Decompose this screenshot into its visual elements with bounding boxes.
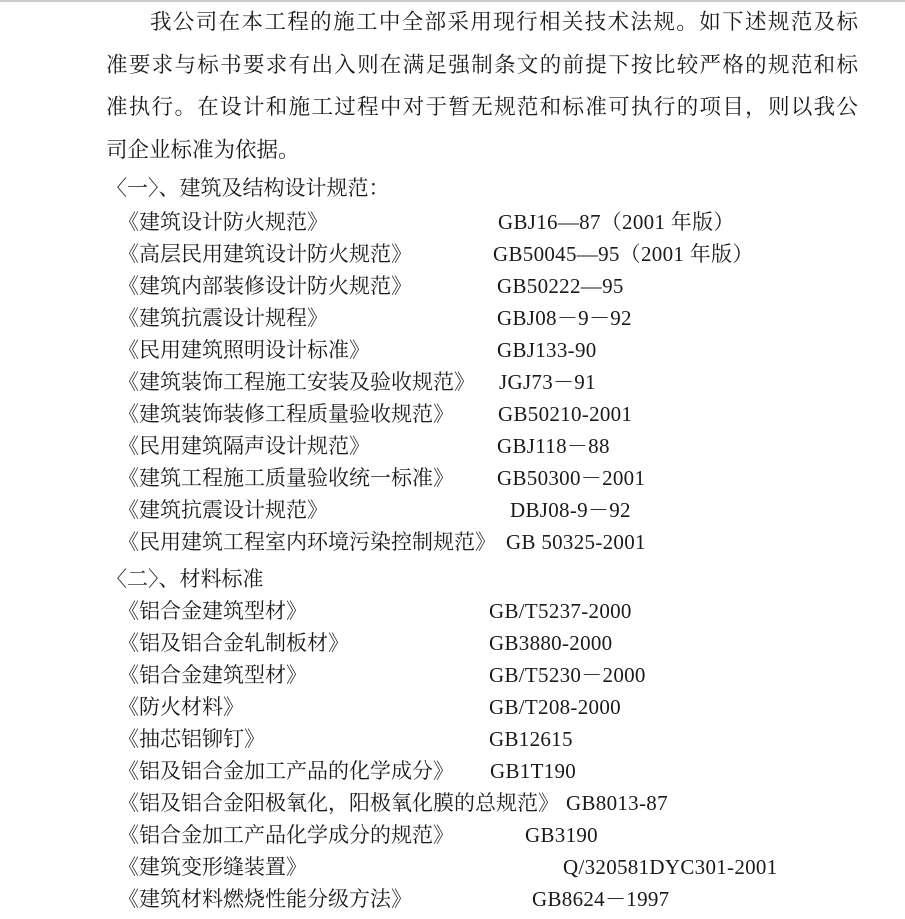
standard-code: GBJ118－88	[497, 430, 610, 462]
standards-rows: 《建筑设计防火规范》GBJ16—87（2001 年版）《高层民用建筑设计防火规范…	[0, 206, 905, 558]
standard-title: 《铝及铝合金加工产品的化学成分》	[118, 755, 454, 787]
standard-title: 《铝及铝合金阳极氧化，阳极氧化膜的总规范》	[118, 787, 559, 819]
standard-title: 《铝合金加工产品化学成分的规范》	[118, 819, 454, 851]
standard-code: GB3880-2000	[489, 627, 612, 659]
standard-row: 《民用建筑工程室内环境污染控制规范》GB 50325-2001	[106, 526, 905, 558]
standard-title: 《建筑装饰工程施工安装及验收规范》	[118, 366, 475, 398]
paragraph-line: 准要求与标书要求有出入则在满足强制条文的前提下按比较严格的规范和标	[106, 45, 858, 88]
paragraph-line: 我公司在本工程的施工中全部采用现行相关技术法规。如下述规范及标	[106, 2, 858, 45]
standard-title: 《高层民用建筑设计防火规范》	[118, 238, 412, 270]
standard-code: GB 50325-2001	[506, 526, 646, 558]
standard-row: 《防火材料》GB/T208-2000	[106, 691, 905, 723]
standard-row: 《建筑设计防火规范》GBJ16—87（2001 年版）	[106, 206, 905, 238]
standard-title: 《铝合金建筑型材》	[118, 659, 307, 691]
standard-title: 《防火材料》	[118, 691, 244, 723]
standard-row: 《建筑工程施工质量验收统一标准》GB50300－2001	[106, 462, 905, 494]
standard-row: 《铝及铝合金加工产品的化学成分》GB1T190	[106, 755, 905, 787]
standard-row: 《铝合金加工产品化学成分的规范》GB3190	[106, 819, 905, 851]
standard-code: GBJ133-90	[497, 334, 597, 366]
standard-row: 《建筑抗震设计规范》DBJ08-9－92	[106, 494, 905, 526]
standard-row: 《民用建筑隔声设计规范》GBJ118－88	[106, 430, 905, 462]
standards-rows: 《铝合金建筑型材》GB/T5237-2000《铝及铝合金轧制板材》GB3880-…	[0, 595, 905, 915]
standard-row: 《建筑内部装修设计防火规范》GB50222—95	[106, 270, 905, 302]
standard-row: 《抽芯铝铆钉》GB12615	[106, 723, 905, 755]
standard-title: 《铝及铝合金轧制板材》	[118, 627, 349, 659]
standard-row: 《铝合金建筑型材》GB/T5230－2000	[106, 659, 905, 691]
standard-row: 《铝及铝合金阳极氧化，阳极氧化膜的总规范》GB8013-87	[106, 787, 905, 819]
standard-row: 《高层民用建筑设计防火规范》GB50045—95（2001 年版）	[106, 238, 905, 270]
standard-title: 《建筑装饰装修工程质量验收规范》	[118, 398, 454, 430]
standard-code: GBJ16—87（2001 年版）	[498, 206, 735, 238]
standard-row: 《铝合金建筑型材》GB/T5237-2000	[106, 595, 905, 627]
section-heading: 〈二〉、材料标准	[106, 563, 905, 595]
page-top-border	[0, 0, 905, 2]
standard-code: GB50222—95	[497, 270, 624, 302]
standard-title: 《抽芯铝铆钉》	[118, 723, 265, 755]
standard-row: 《铝及铝合金轧制板材》GB3880-2000	[106, 627, 905, 659]
intro-paragraph: 我公司在本工程的施工中全部采用现行相关技术法规。如下述规范及标准要求与标书要求有…	[0, 0, 905, 172]
section-heading: 〈一〉、建筑及结构设计规范：	[106, 172, 905, 204]
standard-title: 《建筑抗震设计规程》	[118, 302, 328, 334]
standard-code: GB8624－1997	[532, 883, 669, 915]
standard-code: GB12615	[489, 723, 573, 755]
standard-title: 《建筑变形缝装置》	[118, 851, 307, 883]
standard-code: GB50045—95（2001 年版）	[493, 238, 754, 270]
standards-sections: 〈一〉、建筑及结构设计规范：《建筑设计防火规范》GBJ16—87（2001 年版…	[0, 172, 905, 915]
document-page: 我公司在本工程的施工中全部采用现行相关技术法规。如下述规范及标准要求与标书要求有…	[0, 0, 905, 919]
paragraph-line: 司企业标准为依据。	[106, 130, 858, 173]
paragraph-line: 准执行。在设计和施工过程中对于暂无规范和标准可执行的项目，则以我公	[106, 87, 858, 130]
standard-code: GB1T190	[490, 755, 576, 787]
standard-title: 《建筑工程施工质量验收统一标准》	[118, 462, 454, 494]
standard-row: 《建筑材料燃烧性能分级方法》GB8624－1997	[106, 883, 905, 915]
standard-title: 《建筑材料燃烧性能分级方法》	[118, 883, 412, 915]
standard-code: GB/T5237-2000	[489, 595, 632, 627]
standard-title: 《民用建筑照明设计标准》	[118, 334, 370, 366]
standard-title: 《建筑内部装修设计防火规范》	[118, 270, 412, 302]
standard-row: 《建筑装饰工程施工安装及验收规范》JGJ73－91	[106, 366, 905, 398]
standard-code: GB50300－2001	[497, 462, 645, 494]
standard-code: GB/T5230－2000	[489, 659, 646, 691]
standard-code: GB50210-2001	[498, 398, 632, 430]
standard-row: 《民用建筑照明设计标准》GBJ133-90	[106, 334, 905, 366]
standard-title: 《民用建筑隔声设计规范》	[118, 430, 370, 462]
standard-code: GBJ08－9－92	[497, 302, 632, 334]
standard-row: 《建筑抗震设计规程》GBJ08－9－92	[106, 302, 905, 334]
standard-code: GB/T208-2000	[489, 691, 621, 723]
standard-code: DBJ08-9－92	[510, 494, 631, 526]
standard-title: 《建筑设计防火规范》	[118, 206, 328, 238]
standard-row: 《建筑变形缝装置》Q/320581DYC301-2001	[106, 851, 905, 883]
standard-code: GB8013-87	[566, 787, 668, 819]
standard-title: 《民用建筑工程室内环境污染控制规范》	[118, 526, 496, 558]
standard-code: Q/320581DYC301-2001	[563, 851, 778, 883]
standards-section: 〈二〉、材料标准《铝合金建筑型材》GB/T5237-2000《铝及铝合金轧制板材…	[0, 563, 905, 915]
standard-title: 《铝合金建筑型材》	[118, 595, 307, 627]
standard-row: 《建筑装饰装修工程质量验收规范》GB50210-2001	[106, 398, 905, 430]
standards-section: 〈一〉、建筑及结构设计规范：《建筑设计防火规范》GBJ16—87（2001 年版…	[0, 172, 905, 558]
standard-code: GB3190	[525, 819, 598, 851]
standard-title: 《建筑抗震设计规范》	[118, 494, 328, 526]
standard-code: JGJ73－91	[499, 366, 596, 398]
